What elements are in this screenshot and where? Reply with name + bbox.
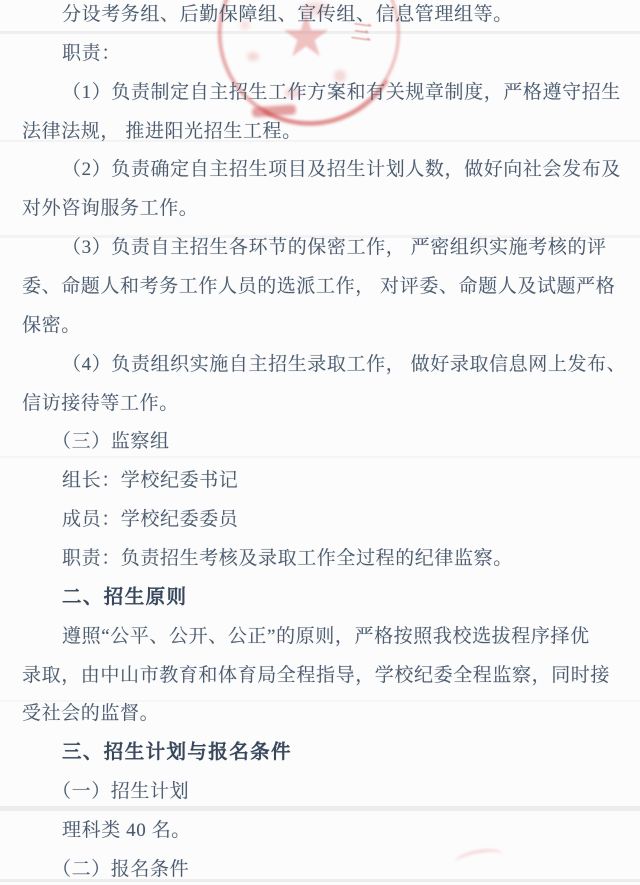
text-line: 成员：学校纪委委员 (22, 501, 626, 540)
text-line: 录取，由中山市教育和体育局全程指导，学校纪委全程监察，同时接 (22, 657, 626, 696)
section-heading: 二、招生原则 (22, 579, 626, 618)
text-line: 组长：学校纪委书记 (22, 462, 626, 501)
text-line: （1）负责制定自主招生工作方案和有关规章制度，严格遵守招生 (22, 74, 626, 113)
text-line: （2）负责确定自主招生项目及招生计划人数，做好向社会发布及 (22, 151, 626, 190)
text-line: 委、命题人和考务工作人员的选派工作， 对评委、命题人及试题严格 (22, 268, 626, 307)
text-line: 受社会的监督。 (22, 695, 626, 734)
text-line: 保密。 (22, 307, 626, 346)
text-line: 对外咨询服务工作。 (22, 190, 626, 229)
text-line: （4）负责组织实施自主招生录取工作， 做好录取信息网上发布、 (22, 346, 626, 385)
scanned-document-page: ★ 三 分设考务组、后勤保障组、宣传组、信息管理组等。 职责： （1）负责制定自… (0, 0, 640, 885)
text-line: 职责： (22, 35, 626, 74)
text-line: （3）负责自主招生各环节的保密工作， 严密组织实施考核的评 (22, 229, 626, 268)
text-line: 分设考务组、后勤保障组、宣传组、信息管理组等。 (22, 0, 626, 35)
document-body: 分设考务组、后勤保障组、宣传组、信息管理组等。 职责： （1）负责制定自主招生工… (22, 0, 626, 885)
text-line: 信访接待等工作。 (22, 385, 626, 424)
text-line: （二）报名条件 (22, 851, 626, 885)
text-line: 遵照“公平、公开、公正”的原则，严格按照我校选拔程序择优 (22, 618, 626, 657)
text-line: （一）招生计划 (22, 773, 626, 812)
text-line: 职责：负责招生考核及录取工作全过程的纪律监察。 (22, 540, 626, 579)
section-heading: 三、招生计划与报名条件 (22, 734, 626, 773)
text-line: （三）监察组 (22, 423, 626, 462)
text-line: 法律法规， 推进阳光招生工程。 (22, 113, 626, 152)
text-line: 理科类 40 名。 (22, 812, 626, 851)
